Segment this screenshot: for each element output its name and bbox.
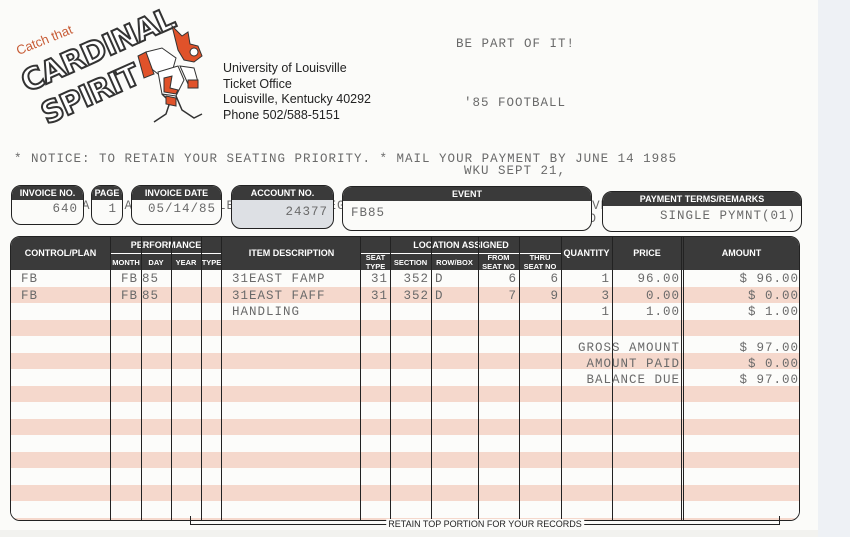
th-section: SECTION: [390, 254, 431, 270]
page-label: PAGE: [92, 186, 122, 200]
cell-month: FB: [121, 288, 138, 304]
column-divider: [681, 237, 682, 520]
column-divider: [201, 237, 202, 520]
cell-thru-seat: 9: [519, 288, 559, 304]
th-location-assigned: LOCATION ASSIGNED: [361, 237, 561, 253]
invoice-paper: Catch that CARDINAL SPIRIT University of…: [0, 0, 818, 530]
payment-terms-label: PAYMENT TERMS/REMARKS: [603, 192, 801, 206]
th-from-seat: FROM SEAT NO: [478, 254, 519, 270]
th-row-box: ROW/BOX: [431, 254, 478, 270]
cell-price: 96.00: [612, 271, 680, 287]
invoice-date-value: 05/14/85: [132, 200, 221, 216]
column-divider: [431, 237, 432, 520]
column-divider: [171, 237, 172, 520]
office-city: Louisville, Kentucky 40292: [223, 92, 371, 108]
promo-season: '85 FOOTBALL: [440, 95, 750, 111]
invoice-no-label: INVOICE NO.: [12, 186, 83, 200]
th-type: TYPE: [201, 254, 222, 270]
page-field: PAGE 1: [91, 185, 123, 225]
payment-terms-field: PAYMENT TERMS/REMARKS SINGLE PYMNT(01): [602, 191, 802, 232]
scan-background: [818, 0, 850, 537]
cell-item: HANDLING: [232, 304, 300, 320]
cell-quantity: 1: [561, 271, 610, 287]
cell-seat-type: 31: [361, 288, 388, 304]
th-price: PRICE: [612, 237, 682, 270]
balance-due-label: BALANCE DUE: [561, 372, 680, 388]
account-no-field: ACCOUNT NO. 24377: [231, 185, 334, 229]
cell-day: 85: [142, 288, 159, 304]
cell-thru-seat: 6: [519, 271, 559, 287]
column-divider: [110, 237, 111, 520]
th-amount: AMOUNT: [682, 237, 800, 270]
invoice-date-field: INVOICE DATE 05/14/85: [131, 185, 222, 225]
cell-row-box: D: [435, 288, 444, 304]
th-month: MONTH: [111, 254, 141, 270]
balance-due-value: $ 97.00: [684, 372, 799, 388]
cardinal-mascot-icon: [132, 22, 214, 126]
th-year: YEAR: [171, 254, 201, 270]
cell-from-seat: 6: [478, 271, 517, 287]
th-item-description: ITEM DESCRIPTION: [222, 237, 361, 270]
cell-price: 0.00: [612, 288, 680, 304]
cell-control: FB: [21, 288, 38, 304]
invoice-date-label: INVOICE DATE: [132, 186, 221, 200]
account-no-label: ACCOUNT NO.: [232, 186, 333, 200]
account-no-value: 24377: [232, 200, 333, 219]
cell-quantity: 1: [561, 304, 610, 320]
cell-item: 31EAST FAFF: [232, 288, 326, 304]
column-divider: [221, 237, 222, 520]
cell-price: 1.00: [612, 304, 680, 320]
cell-section: 352: [390, 288, 429, 304]
payment-terms-value: SINGLE PYMNT(01): [603, 206, 801, 223]
th-performance: PERFORMANCE: [111, 237, 221, 253]
cell-amount: $ 96.00: [684, 271, 799, 287]
th-control-plan: CONTROL/PLAN: [11, 237, 110, 270]
ticket-office-address: University of Louisville Ticket Office L…: [223, 61, 371, 123]
cell-control: FB: [21, 271, 38, 287]
office-name: University of Louisville: [223, 61, 371, 77]
event-field: EVENT FB85: [342, 186, 592, 231]
invoice-no-field: INVOICE NO. 640: [11, 185, 84, 225]
cardinal-spirit-logo: Catch that CARDINAL SPIRIT: [10, 8, 215, 118]
gross-amount-label: GROSS AMOUNT: [561, 340, 680, 356]
event-label: EVENT: [343, 187, 591, 201]
gross-amount-value: $ 97.00: [684, 340, 799, 356]
cell-quantity: 3: [561, 288, 610, 304]
th-seat-type: SEAT TYPE: [361, 254, 390, 270]
page-value: 1: [92, 200, 122, 216]
office-dept: Ticket Office: [223, 77, 371, 93]
cell-section: 352: [390, 271, 429, 287]
cell-seat-type: 31: [361, 271, 388, 287]
invoice-no-value: 640: [12, 200, 83, 216]
retain-text: RETAIN TOP PORTION FOR YOUR RECORDS: [386, 519, 584, 529]
th-thru-seat: THRU SEAT NO: [519, 254, 561, 270]
notice-line-1: * NOTICE: TO RETAIN YOUR SEATING PRIORIT…: [14, 152, 677, 168]
cell-item: 31EAST FAMP: [232, 271, 326, 287]
cell-amount: $ 1.00: [684, 304, 799, 320]
cell-row-box: D: [435, 271, 444, 287]
th-quantity: QUANTITY: [561, 237, 612, 270]
cell-amount: $ 0.00: [684, 288, 799, 304]
cell-from-seat: 7: [478, 288, 517, 304]
amount-paid-value: $ 0.00: [684, 356, 799, 372]
cell-month: FB: [121, 271, 138, 287]
amount-paid-label: AMOUNT PAID: [561, 356, 680, 372]
promo-headline: BE PART OF IT!: [440, 36, 750, 52]
invoice-line-items-table: CONTROL/PLAN PERFORMANCE MONTH DAY YEAR …: [10, 236, 800, 521]
cell-day: 85: [142, 271, 159, 287]
event-value: FB85: [343, 201, 591, 220]
retain-notice: RETAIN TOP PORTION FOR YOUR RECORDS: [190, 520, 780, 530]
th-day: DAY: [141, 254, 171, 270]
